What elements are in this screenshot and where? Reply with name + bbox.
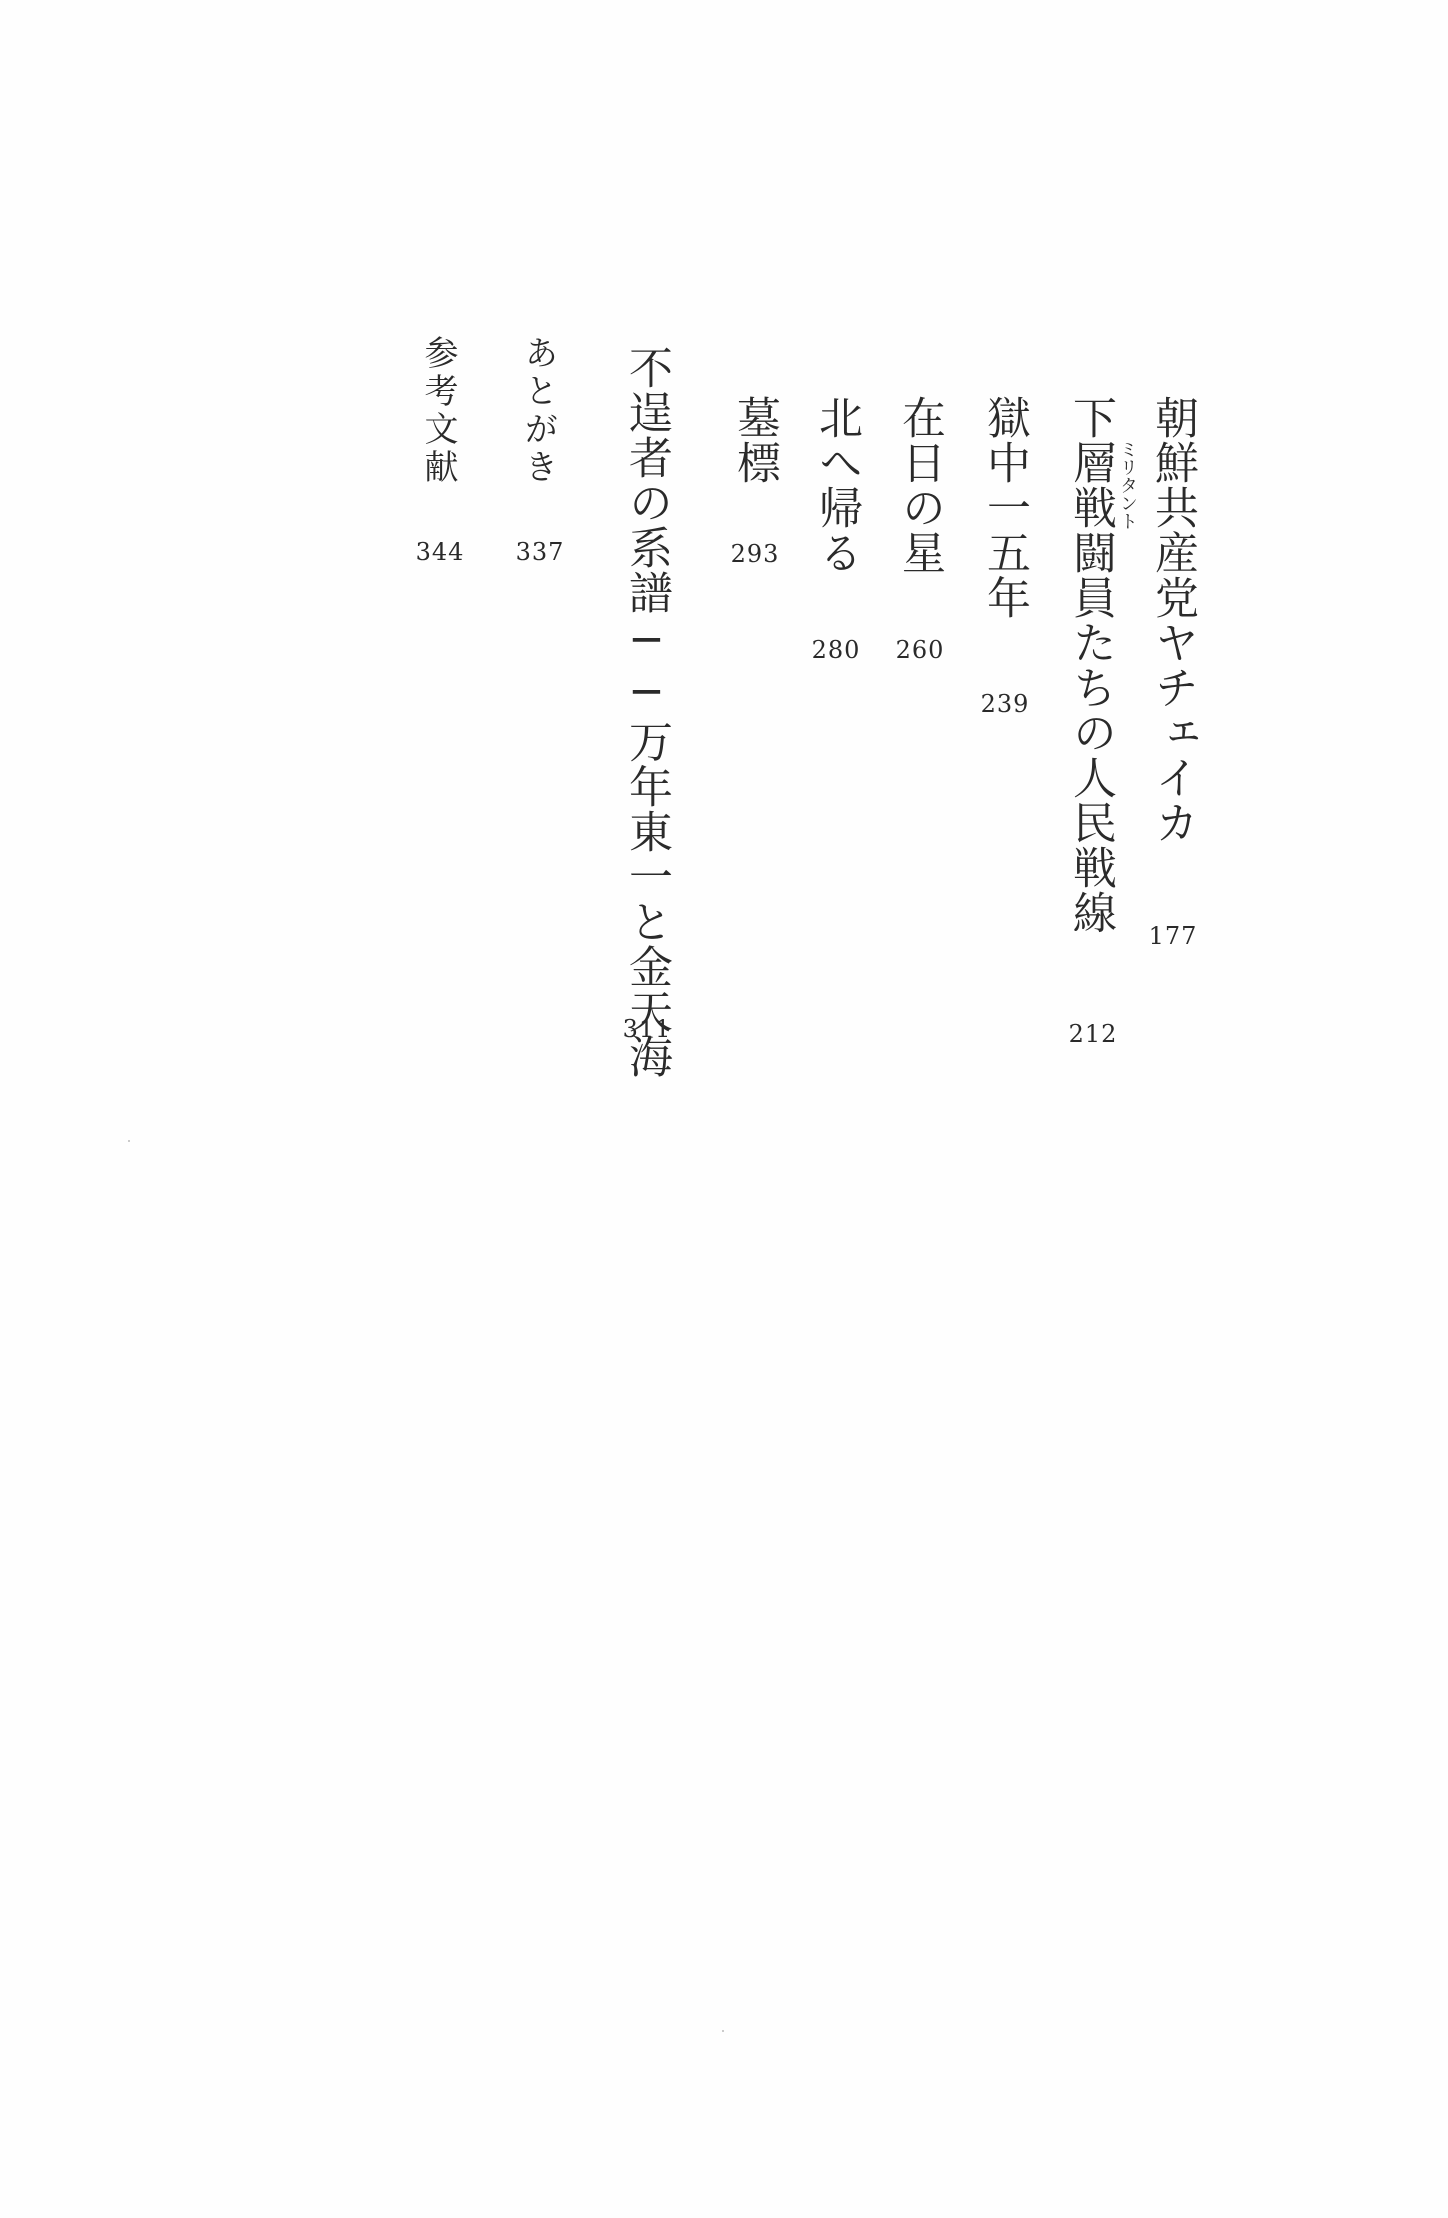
toc-entry-page: 212 xyxy=(1069,1020,1118,1048)
toc-entry-title: 獄中一五年 xyxy=(980,395,1028,620)
toc-entry-title: あとがき xyxy=(518,335,558,487)
toc-entry-page: 177 xyxy=(1149,922,1198,950)
toc-entry-title: 在日の星 xyxy=(895,395,943,575)
toc-entry-title: 下層戦闘員たちの人民戦線 xyxy=(1066,395,1114,935)
toc-entry-title: 北へ帰る xyxy=(812,395,860,575)
toc-entry-ruby: ミリタント xyxy=(1117,440,1137,530)
table-of-contents-page: 朝鮮共産党ヤチェイカ 177 下層戦闘員たちの人民戦線 ミリタント 212 獄中… xyxy=(0,0,1448,2218)
toc-entry-title: 不逞者の系譜──万年東一と金天海 xyxy=(622,345,670,1079)
toc-entry-page: 260 xyxy=(896,636,945,664)
toc-entry-page: 311 xyxy=(623,1015,672,1043)
toc-entry-title: 参考文献 xyxy=(418,335,458,487)
toc-entry-page: 337 xyxy=(516,538,565,566)
toc-entry-page: 239 xyxy=(981,690,1030,718)
toc-entry-page: 344 xyxy=(416,538,465,566)
toc-entry-title: 朝鮮共産党ヤチェイカ xyxy=(1148,395,1196,845)
scan-speck xyxy=(128,1140,130,1142)
toc-entry-page: 293 xyxy=(731,540,780,568)
toc-entry-title: 墓標 xyxy=(730,395,778,485)
toc-entry-page: 280 xyxy=(812,636,861,664)
scan-speck xyxy=(722,2030,724,2032)
